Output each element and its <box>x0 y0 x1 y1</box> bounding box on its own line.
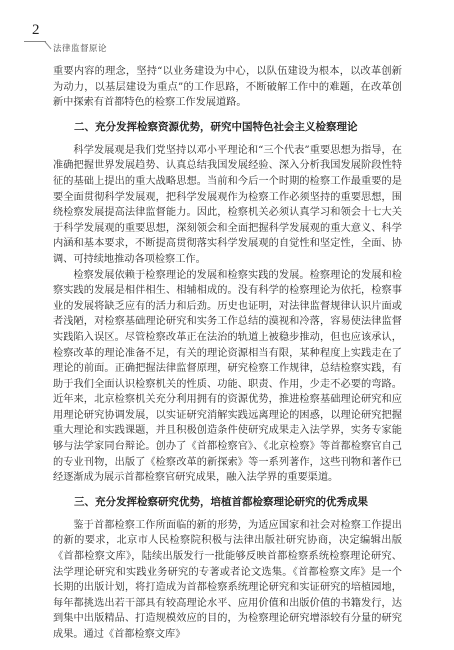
page-body: 重要内容的理念，坚持“以业务建设为中心，以队伍建设为根本，以改革创新为动力，以基… <box>53 64 402 643</box>
section-heading-3: 三、充分发挥检察研究优势，培植首都检察理论研究的优秀成果 <box>53 494 402 510</box>
page-number: 2 <box>32 22 40 39</box>
header-rule <box>24 41 46 42</box>
paragraph-scientific-outlook: 科学发展观是我们党坚持以邓小平理论和“三个代表”重要思想为指导，在准确把握世界发… <box>53 143 402 268</box>
paragraph-capital-library: 鉴于首都检察工作所面临的新的形势，为适应国家和社会对检察工作提出的新的要求，北京… <box>53 518 402 643</box>
paragraph-continued: 重要内容的理念，坚持“以业务建设为中心，以队伍建设为根本，以改革创新为动力，以基… <box>53 64 402 111</box>
paragraph-procuratorial-theory: 检察发展依赖于检察理论的发展和检察实践的发展。检察理论的发展和检察实践的发展是相… <box>53 268 402 486</box>
running-head: 法律监督原论 <box>53 42 107 54</box>
header-slash <box>44 41 51 49</box>
section-heading-2: 二、充分发挥检察资源优势，研究中国特色社会主义检察理论 <box>53 119 402 135</box>
